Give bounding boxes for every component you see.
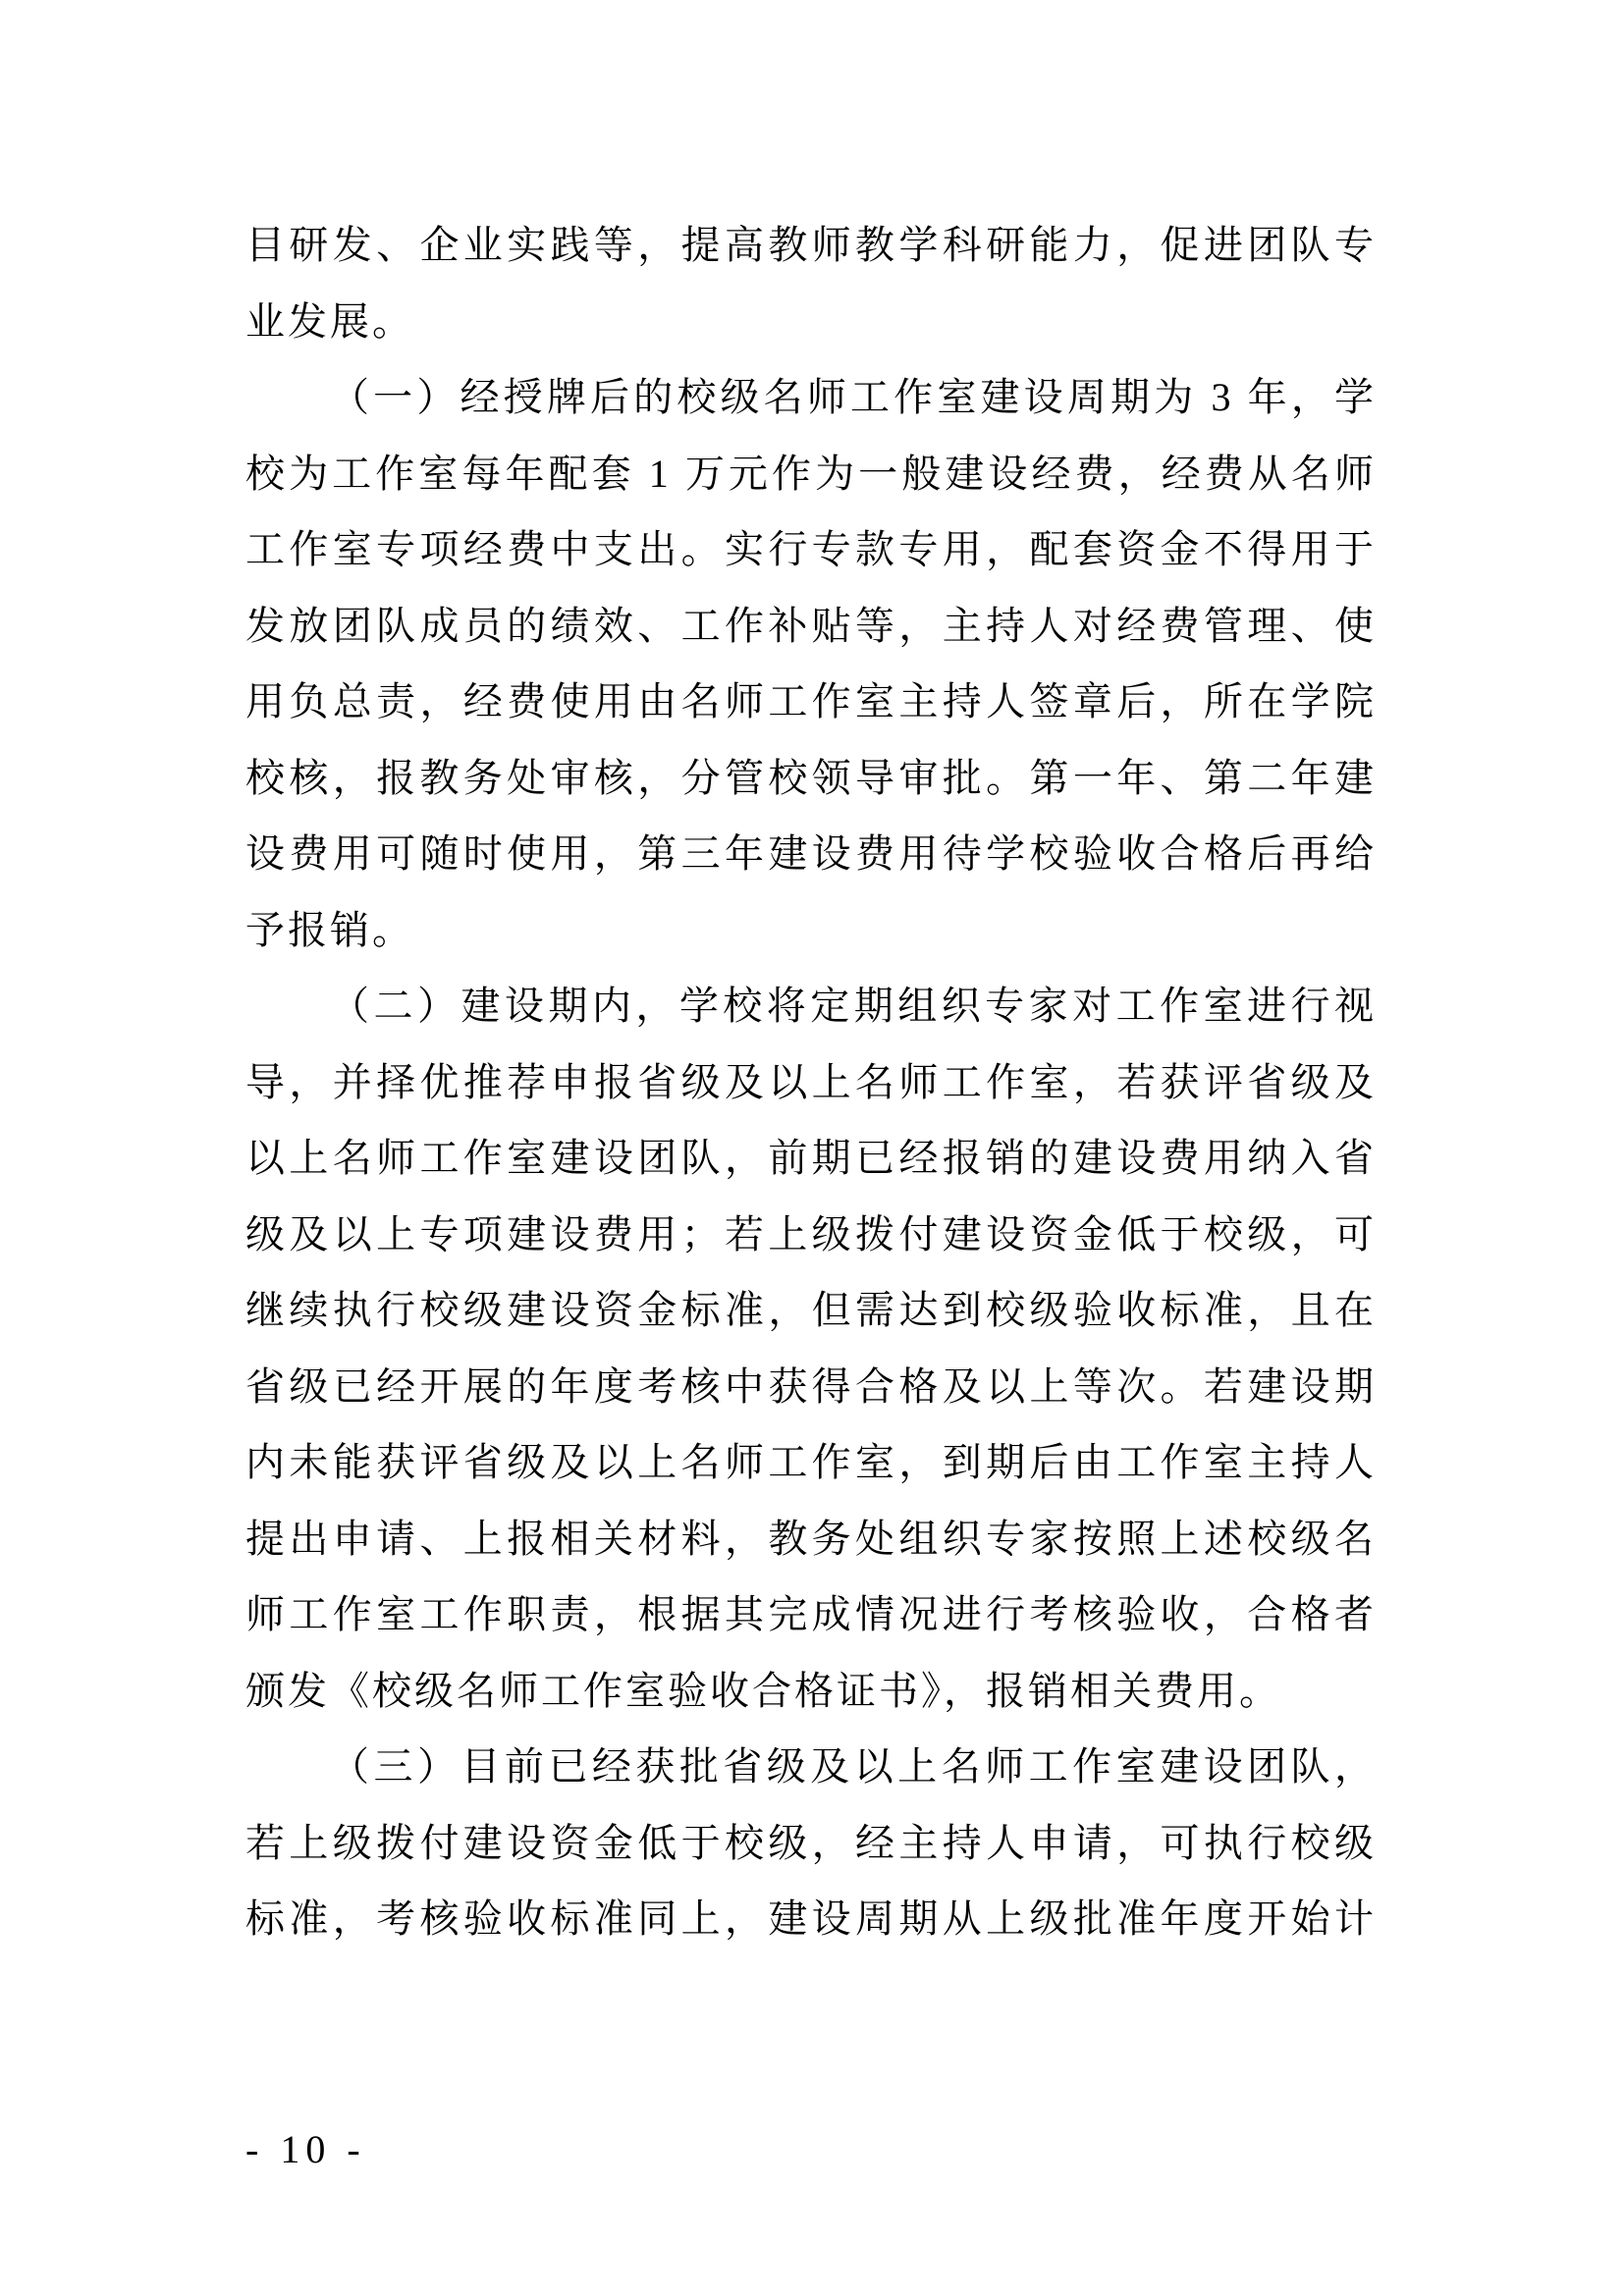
body-line: 标准，考核验收标准同上，建设周期从上级批准年度开始计 [245,1881,1377,1957]
document-page: 目研发、企业实践等，提高教师教学科研能力，促进团队专业发展。（一）经授牌后的校级… [0,0,1624,2296]
page-number: - 10 - [245,2128,366,2171]
body-line: 校为工作室每年配套 1 万元作为一般建设经费，经费从名师 [245,436,1377,512]
body-line: 师工作室工作职责，根据其完成情况进行考核验收，合格者 [245,1576,1377,1653]
body-line: 工作室专项经费中支出。实行专款专用，配套资金不得用于 [245,511,1377,588]
body-line: 级及以上专项建设费用；若上级拨付建设资金低于校级，可 [245,1197,1377,1273]
body-line: 若上级拨付建设资金低于校级，经主持人申请，可执行校级 [245,1805,1377,1882]
body-line: 予报销。 [245,892,1377,969]
body-line: 省级已经开展的年度考核中获得合格及以上等次。若建设期 [245,1349,1377,1425]
body-line: （一）经授牌后的校级名师工作室建设周期为 3 年，学 [245,359,1377,436]
body-line: 颁发《校级名师工作室验收合格证书》，报销相关费用。 [245,1653,1377,1730]
body-line: （二）建设期内，学校将定期组织专家对工作室进行视 [245,968,1377,1044]
body-line: 业发展。 [245,284,1377,360]
body-line: 用负总责，经费使用由名师工作室主持人签章后，所在学院 [245,664,1377,740]
body-line: 发放团队成员的绩效、工作补贴等，主持人对经费管理、使 [245,588,1377,665]
body-line: 设费用可随时使用，第三年建设费用待学校验收合格后再给 [245,816,1377,892]
body-line: （三）目前已经获批省级及以上名师工作室建设团队， [245,1729,1377,1805]
body-line: 以上名师工作室建设团队，前期已经报销的建设费用纳入省 [245,1120,1377,1197]
body-line: 校核，报教务处审核，分管校领导审批。第一年、第二年建 [245,740,1377,817]
body-line: 导，并择优推荐申报省级及以上名师工作室，若获评省级及 [245,1044,1377,1121]
text-block: 目研发、企业实践等，提高教师教学科研能力，促进团队专业发展。（一）经授牌后的校级… [245,207,1377,1957]
body-line: 继续执行校级建设资金标准，但需达到校级验收标准，且在 [245,1272,1377,1349]
body-line: 目研发、企业实践等，提高教师教学科研能力，促进团队专 [245,207,1377,284]
body-line: 内未能获评省级及以上名师工作室，到期后由工作室主持人 [245,1424,1377,1501]
body-line: 提出申请、上报相关材料，教务处组织专家按照上述校级名 [245,1501,1377,1577]
